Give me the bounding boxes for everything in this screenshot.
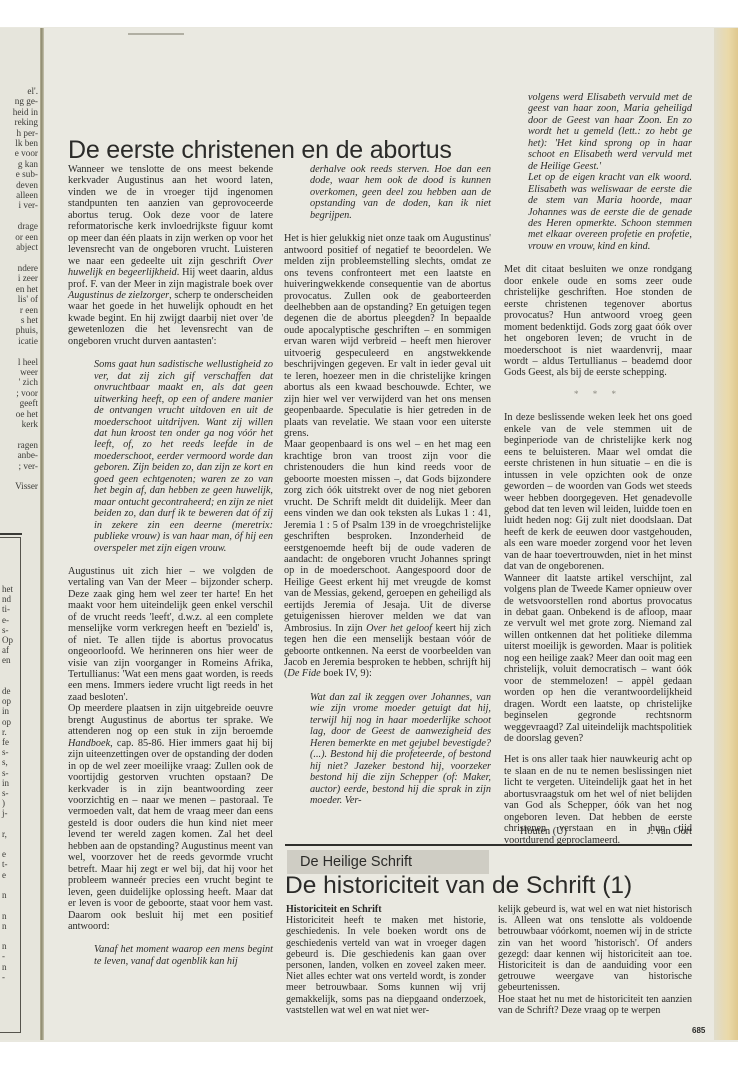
block-quote: Vanaf het moment waarop een mens begint … [68,944,273,967]
article-column-2: derhalve ook reeds sterven. Hoe dan een … [284,164,491,818]
block-quote: Wat dan zal ik zeggen over Johannes, van… [284,692,491,807]
paragraph: Wanneer dit laatste artikel verschijnt, … [504,573,692,745]
subheading: Historiciteit en Schrift [286,904,486,915]
article2-column-1: Historiciteit en Schrift Historiciteit h… [286,904,486,1016]
adjacent-page-strip: el'. ng ge- heid in reking h per- lk ben… [0,28,40,1040]
section-separator: * * * [504,389,692,400]
article-headline: De eerste christenen en de abortus [68,136,452,165]
adjacent-page-rule [0,533,22,535]
scan-smudge [128,33,184,35]
paragraph: Wanneer we tenslotte de ons meest bekend… [68,164,273,347]
block-quote-continued: derhalve ook reeds sterven. Hoe dan een … [284,164,491,221]
author-location: Houten (U) [520,826,567,837]
page-number: 685 [692,1026,705,1035]
article-divider [285,844,692,846]
section-kicker: De Heilige Schrift [287,850,489,874]
adjacent-page-text: el'. ng ge- heid in reking h per- lk ben… [0,86,38,492]
block-quote: Soms gaat hun sadistische wellustigheid … [68,359,273,554]
article-column-1: Wanneer we tenslotte de ons meest bekend… [68,164,273,979]
paragraph: Hoe staat het nu met de historiciteit te… [498,994,692,1016]
adjacent-page-box-text: het nd ti- e- s- Op af en de op in op r.… [2,584,13,982]
paragraph: Historiciteit heeft te maken met histori… [286,915,486,1016]
article-headline-2: De historiciteit van de Schrift (1) [285,872,632,900]
paragraph: Het is hier gelukkig niet onze taak om A… [284,233,491,439]
article-column-3: volgens werd Elisabeth vervuld met de ge… [504,92,692,846]
author-name: J. van Oort [647,826,692,837]
page-edge [714,28,738,1040]
paragraph: kelijk gebeurd is, wat wel en wat niet h… [498,904,692,994]
paragraph: Maar geopenbaard is ons wel – en het mag… [284,439,491,680]
paragraph: Op meerdere plaatsen in zijn uitgebreide… [68,703,273,932]
article2-column-2: kelijk gebeurd is, wat wel en wat niet h… [498,904,692,1016]
block-quote-continued: volgens werd Elisabeth vervuld met de ge… [504,92,692,252]
paragraph: In deze beslissende weken leek het ons g… [504,412,692,572]
paragraph: Met dit citaat besluiten we onze rondgan… [504,264,692,379]
paragraph: Augustinus uit zich hier – we volgden de… [68,566,273,703]
